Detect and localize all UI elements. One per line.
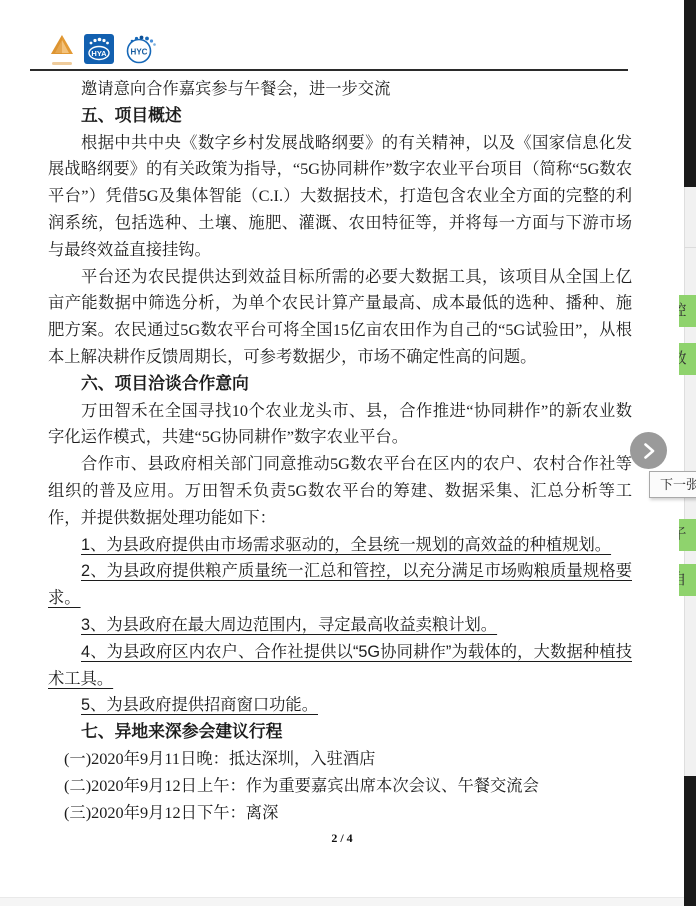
section-heading-5: 五、项目概述 bbox=[48, 103, 632, 130]
hya-logo-icon: HYA bbox=[84, 34, 114, 69]
numbered-item-5: 5、为县政府提供招商窗口功能。 bbox=[48, 692, 632, 719]
highlighted-item-fragment[interactable]: 控 bbox=[679, 295, 696, 327]
highlighted-item-fragment[interactable]: 子 bbox=[679, 519, 696, 551]
hyc-logo-text: HYC bbox=[131, 48, 148, 57]
section-heading-7: 七、异地来深参会建议行程 bbox=[48, 719, 632, 746]
highlighted-item-fragment[interactable]: 效 bbox=[679, 343, 696, 375]
hyc-logo-icon: HYC bbox=[124, 34, 157, 69]
header-logos: HYA HYC bbox=[50, 34, 157, 66]
paragraph-invite: 邀请意向合作嘉宾参与午餐会，进一步交流 bbox=[48, 76, 632, 103]
highlighted-item-fragment[interactable]: 自 bbox=[679, 564, 696, 596]
schedule-item-1: (一)2020年9月11日晚：抵达深圳，入驻酒店 bbox=[48, 746, 632, 773]
numbered-item-4: 4、为县政府区内农户、合作社提供以“5G协同耕作”为载体的，大数据种植技术工具。 bbox=[48, 639, 632, 693]
right-panel-dark-bottom bbox=[684, 776, 696, 906]
chevron-right-icon bbox=[642, 442, 656, 460]
numbered-item-1: 1、为县政府提供由市场需求驱动的，全县统一规划的高效益的种植规划。 bbox=[48, 532, 632, 559]
paragraph-cooperation-1: 万田智禾在全国寻找10个农业龙头市、县，合作推进“协同耕作”的新农业数字化运作模… bbox=[48, 398, 632, 452]
numbered-item-2: 2、为县政府提供粮产质量统一汇总和管控，以充分满足市场购粮质量规格要求。 bbox=[48, 558, 632, 612]
section-heading-6: 六、项目洽谈合作意向 bbox=[48, 371, 632, 398]
paragraph-overview-1: 根据中共中央《数字乡村发展战略纲要》的有关精神，以及《国家信息化发展战略纲要》的… bbox=[48, 130, 632, 264]
schedule-item-3: (三)2020年9月12日下午：离深 bbox=[48, 800, 632, 827]
header-rule bbox=[30, 69, 628, 71]
next-page-button[interactable] bbox=[630, 432, 667, 469]
right-panel-divider bbox=[684, 247, 696, 248]
bottom-status-bar bbox=[0, 897, 684, 906]
schedule-item-2: (二)2020年9月12日上午：作为重要嘉宾出席本次会议、午餐交流会 bbox=[48, 773, 632, 800]
document-page-content: 邀请意向合作嘉宾参与午餐会，进一步交流 五、项目概述 根据中共中央《数字乡村发展… bbox=[48, 76, 632, 826]
paragraph-cooperation-2: 合作市、县政府相关部门同意推动5G数农平台在区内的农户、农村合作社等组织的普及应… bbox=[48, 451, 632, 531]
numbered-item-3: 3、为县政府在最大周边范围内，寻定最高收益卖粮计划。 bbox=[48, 612, 632, 639]
hya-logo-text: HYA bbox=[91, 49, 107, 58]
page-number: 2 / 4 bbox=[0, 831, 684, 846]
next-page-tooltip: 下一张 bbox=[649, 471, 696, 498]
right-panel-dark-top bbox=[684, 0, 696, 187]
triangle-logo-caption bbox=[52, 62, 72, 65]
triangle-logo-icon bbox=[50, 34, 74, 65]
paragraph-overview-2: 平台还为农民提供达到效益目标所需的必要大数据工具，该项目从全国上亿亩产能数据中筛… bbox=[48, 264, 632, 371]
